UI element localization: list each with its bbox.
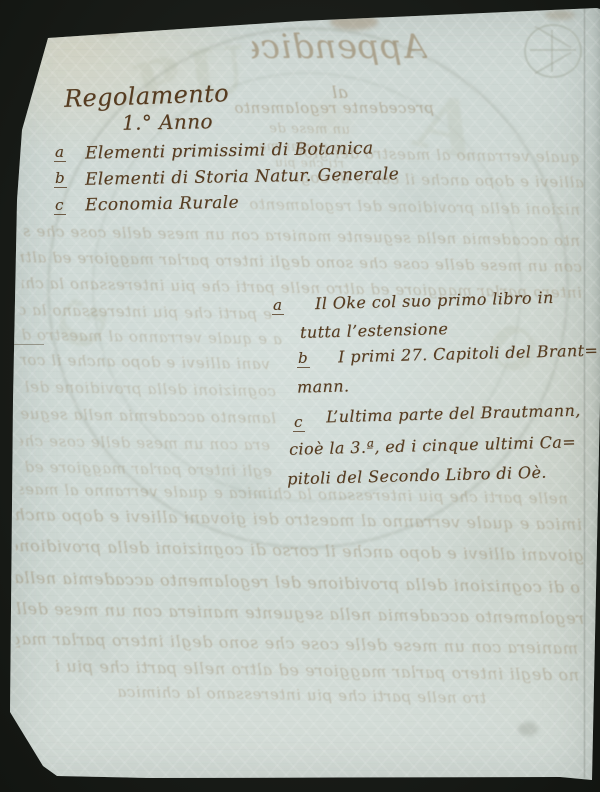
- vertical-fold-crease: [584, 8, 585, 778]
- bleedthrough-illegible-line: giovani allievi e dopo anche il corso di…: [16, 536, 584, 565]
- assignment-letter: b: [297, 349, 310, 368]
- paper-stain: [545, 10, 575, 20]
- bleedthrough-illegible-line: cognizioni della providione del regolame…: [20, 378, 276, 400]
- subject-text: Economia Rurale: [85, 193, 239, 216]
- paper-stain: [95, 24, 121, 36]
- left-edge-tear-mark: [10, 344, 44, 345]
- paper-stain: [330, 14, 378, 30]
- bleedthrough-mirrored-text: Appendice: [252, 27, 427, 67]
- bleedthrough-illegible-line: maniera con un mese delle cose che sono …: [16, 629, 578, 658]
- subject-letter: c: [54, 196, 66, 215]
- blind-stamp-icon: [524, 24, 582, 78]
- subject-text: Elementi primissimi di Botanica: [85, 138, 374, 163]
- bleedthrough-illegible-line: egli intero parlar maggiore ed altro nel…: [20, 458, 272, 480]
- assignment-text-line: Il Oke col suo primo libro in: [315, 288, 554, 313]
- bleedthrough-illegible-line: nizioni della providione del regolamento…: [250, 195, 580, 219]
- bleedthrough-illegible-line: nto accademia nella seguente maniera con…: [24, 222, 580, 250]
- assignment-text-line: tutta l’estensione: [300, 319, 449, 342]
- bleedthrough-illegible-line: regolamento accademia nella seguente man…: [16, 599, 584, 628]
- heading-regolamento: Regolamento: [64, 79, 230, 113]
- bleedthrough-illegible-line: lamento accademia nella seguente maniera…: [20, 405, 276, 427]
- assignment-text-line: I primi 27. Capitoli del Brant=: [338, 341, 599, 367]
- scanner-background: PUAGO Appendicealprecedente regolamentou…: [0, 0, 600, 792]
- assignment-text-line: cioè la 3.ª, ed i cinque ultimi Ca=: [289, 432, 576, 459]
- assignment-text-line: pitoli del Secondo Libro di Oè.: [287, 463, 547, 489]
- bleedthrough-illegible-line: con un mese delle cose che sono degli in…: [20, 248, 582, 276]
- subheading-primo-anno: 1.° Anno: [122, 109, 213, 135]
- bleedthrough-illegible-line: e parti che piu interessano la chimica e…: [20, 301, 272, 323]
- bleedthrough-illegible-line: o di cognizioni della providione del reg…: [16, 568, 580, 597]
- paper-stain: [518, 722, 538, 736]
- bleedthrough-illegible-line: un mese delle cose che sono degli intero…: [268, 121, 350, 137]
- watermark-letter: A: [407, 76, 487, 177]
- bleedthrough-mirrored-text: precedente regolamento: [216, 99, 434, 117]
- subject-text: Elementi di Storia Natur. Generale: [85, 164, 399, 189]
- assignment-letter: c: [293, 413, 305, 432]
- assignment-text-line: mann.: [297, 376, 350, 396]
- bleedthrough-illegible-line: vani allievi e dopo anche il corso di co…: [20, 351, 270, 373]
- subject-letter: a: [54, 143, 66, 162]
- bleedthrough-illegible-line: a e quale verranno al maestro dei giovan…: [20, 326, 282, 349]
- assignment-text-line: L’ultima parte del Brautmann,: [326, 401, 581, 427]
- bleedthrough-illegible-line: imica e quale verranno al maestro dei gi…: [16, 505, 582, 534]
- manuscript-page: PUAGO Appendicealprecedente regolamentou…: [0, 0, 600, 792]
- assignment-letter: a: [272, 296, 284, 315]
- bleedthrough-illegible-line: era con un mese delle cose che sono degl…: [20, 432, 270, 454]
- subject-letter: b: [54, 169, 67, 188]
- bleedthrough-mirrored-text: al: [320, 83, 348, 103]
- bleedthrough-illegible-line: no degli intero parlar maggiore ed altro…: [55, 656, 579, 684]
- watermark-letter: G: [41, 286, 124, 362]
- bleedthrough-illegible-line: tro nelle parti che piu interessano la c…: [118, 683, 486, 707]
